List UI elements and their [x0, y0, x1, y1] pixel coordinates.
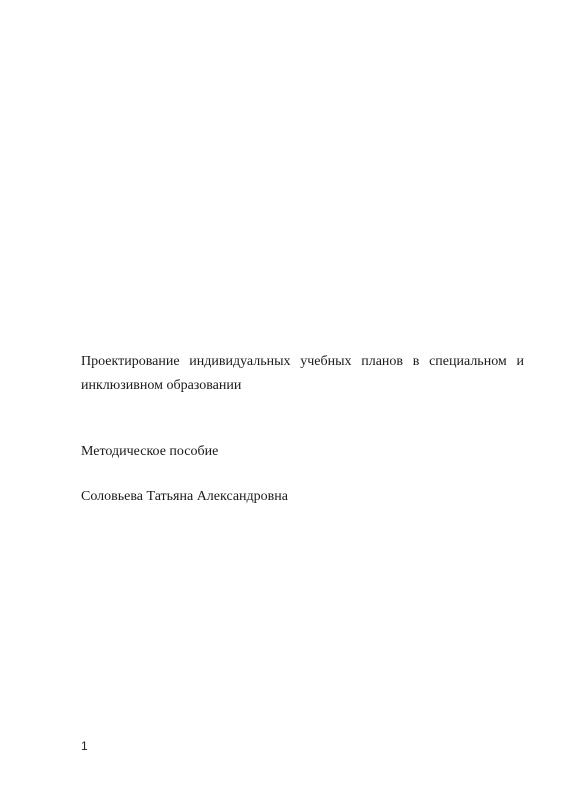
document-title: Проектирование индивидуальных учебных пл… [81, 350, 524, 398]
document-page: Проектирование индивидуальных учебных пл… [0, 0, 566, 800]
document-subtitle: Методическое пособие [81, 443, 218, 461]
page-number: 1 [81, 738, 88, 754]
document-author: Соловьева Татьяна Александровна [81, 488, 288, 506]
